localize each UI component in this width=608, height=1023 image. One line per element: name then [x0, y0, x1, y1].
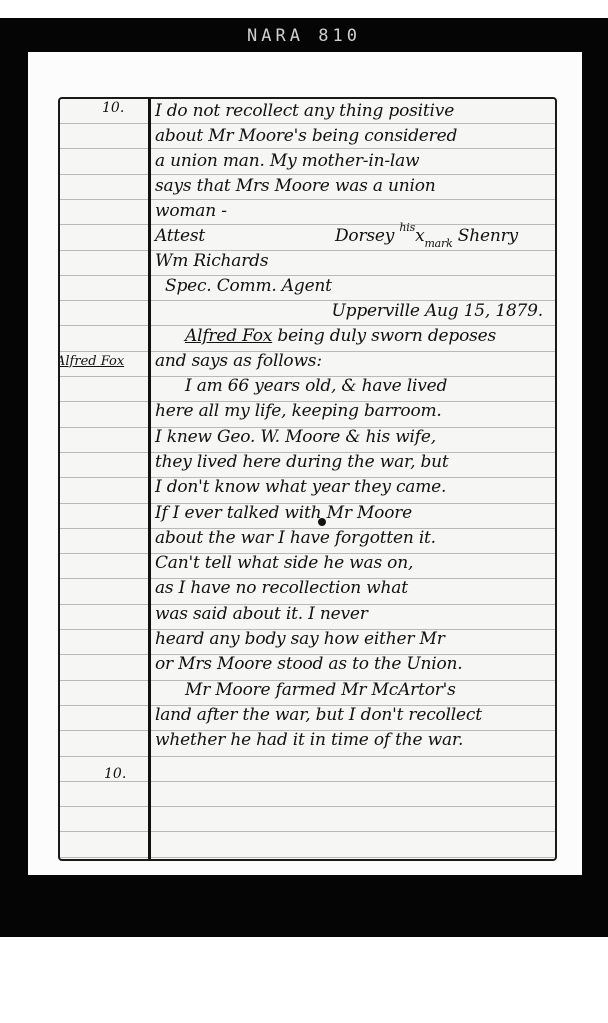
- text-line: a union man. My mother-in-law: [155, 149, 551, 174]
- attester-title: Spec. Comm. Agent: [155, 274, 551, 299]
- signer-mark: Dorsey hisxmark Shenry: [335, 224, 518, 250]
- testimony-text: I do not recollect any thing positive ab…: [155, 99, 551, 859]
- intro-rest: being duly sworn deposes: [277, 326, 496, 346]
- text-line: as I have no recollection what: [155, 576, 551, 601]
- text-line: Can't tell what side he was on,: [155, 551, 551, 576]
- text-line: and says as follows:: [155, 349, 551, 374]
- margin-divider: [148, 99, 151, 859]
- margin-column: 10. Alfred Fox 10.: [60, 99, 148, 859]
- text-line: heard any body say how either Mr: [155, 627, 551, 652]
- text-line: I do not recollect any thing positive: [155, 99, 551, 124]
- document-page: 10. Alfred Fox 10. I do not recollect an…: [28, 52, 582, 875]
- text-line: I knew Geo. W. Moore & his wife,: [155, 425, 551, 450]
- text-line: was said about it. I never: [155, 602, 551, 627]
- text-line: here all my life, keeping barroom.: [155, 399, 551, 424]
- margin-number-top: 10.: [102, 100, 124, 116]
- viewer-footer-area: [0, 937, 608, 1023]
- text-line: Mr Moore farmed Mr McArtor's: [155, 678, 551, 703]
- ink-blot: [318, 518, 326, 526]
- text-line: they lived here during the war, but: [155, 450, 551, 475]
- text-line: land after the war, but I don't recollec…: [155, 703, 551, 728]
- signer-last-name: Shenry: [458, 226, 518, 246]
- text-line: about Mr Moore's being considered: [155, 124, 551, 149]
- archive-label: NARA 810: [0, 26, 608, 46]
- text-line: If I ever talked with Mr Moore: [155, 501, 551, 526]
- place-date: Upperville Aug 15, 1879.: [155, 299, 551, 324]
- signer-first-name: Dorsey: [335, 226, 394, 246]
- text-line: or Mrs Moore stood as to the Union.: [155, 652, 551, 677]
- text-line: whether he had it in time of the war.: [155, 728, 551, 753]
- attester-name: Wm Richards: [155, 249, 551, 274]
- text-line: I don't know what year they came.: [155, 475, 551, 500]
- attest-label: Attest: [155, 226, 205, 246]
- margin-witness-name: Alfred Fox: [58, 354, 124, 369]
- text-line: about the war I have forgotten it.: [155, 526, 551, 551]
- text-line: woman -: [155, 199, 551, 224]
- margin-number-bottom: 10.: [104, 766, 126, 782]
- attest-row: Attest Dorsey hisxmark Shenry: [155, 224, 551, 249]
- testimony-intro: Alfred Fox being duly sworn deposes: [155, 324, 551, 349]
- text-line: I am 66 years old, & have lived: [155, 374, 551, 399]
- his-label: his: [399, 221, 415, 234]
- witness-name: Alfred Fox: [185, 326, 272, 346]
- text-line: says that Mrs Moore was a union: [155, 174, 551, 199]
- document-viewer-frame: NARA 810 10. Alfred Fox 10. I do not rec…: [0, 18, 608, 937]
- ledger-page: 10. Alfred Fox 10. I do not recollect an…: [58, 97, 557, 861]
